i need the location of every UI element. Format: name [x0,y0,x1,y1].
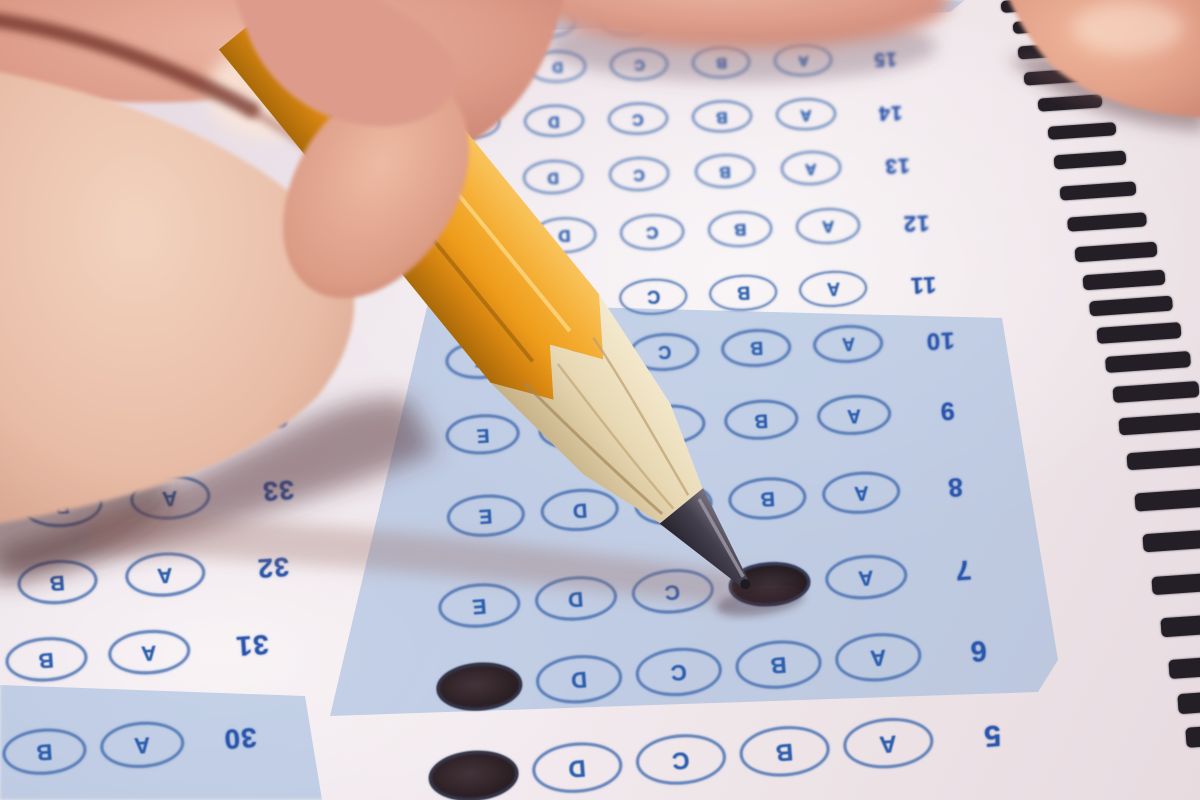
bubble-q13-D: D [522,159,584,195]
question-number-6: 6 [968,633,988,667]
bubble-letter: D [565,347,579,366]
bubble-q16-E: E [440,8,497,40]
bubble-letter: A [134,733,151,756]
bubble-letter: A [141,641,158,663]
bubble-letter: E [462,172,473,188]
bubble-letter: E [472,595,488,617]
bubble-q15-A: A [774,44,832,77]
question-number-12: 12 [902,210,929,237]
bubble-letter: E [470,230,482,247]
question-number-10: 10 [925,325,955,354]
bubble-letter: B [38,648,55,670]
bubble-q15-B: B [692,46,750,79]
bubble-letter: A [879,731,898,756]
bubble-q12-A: A [795,207,860,244]
bubble-letter: C [632,110,644,126]
bubble-letter: A [805,160,817,176]
bubble-letter: A [157,415,173,436]
bubble-q16-A: A [760,0,817,32]
bubble-q14-E: E [440,106,500,140]
bubble-letter: C [646,288,660,307]
timing-mark [1083,270,1166,291]
bubble-letter: E [465,115,476,131]
bubble-q15-D: D [528,50,586,83]
bubble-letter: B [716,108,728,124]
bubble-q16-C: C [600,4,657,36]
bubble-letter: B [49,571,66,593]
bubble-q16-D: D [520,6,577,38]
bubble-q11-B: B [709,273,778,313]
timing-mark [1060,181,1137,200]
bubble-q33-A: A [129,473,212,522]
timing-mark [1105,351,1191,373]
timing-mark [1067,212,1147,231]
timing-mark [1119,413,1200,436]
question-number-7: 7 [954,553,973,586]
bubble-q32-A: A [124,550,207,599]
bubble-letter: C [633,166,645,182]
finger-crease [0,20,252,110]
bubble-letter: E [467,295,480,314]
bubble-letter: B [760,488,776,509]
bubble-letter: B [719,163,731,179]
bubble-letter: E [463,17,473,32]
bubble-letter: A [841,335,855,354]
bubble-letter: B [736,284,750,303]
question-number-32: 32 [256,550,290,583]
bubble-letter: D [572,500,588,521]
question-number-14: 14 [878,100,903,124]
bubble-q15-E: E [446,52,504,85]
bubble-letter: B [734,220,747,237]
bubble-q14-C: C [608,102,668,136]
bubble-q5-E: E [427,748,520,800]
bubble-q32-B: B [16,557,99,606]
bubble-letter: D [547,169,559,185]
timing-mark [1160,615,1200,638]
question-number-11: 11 [909,271,936,299]
bubble-letter: A [162,487,179,509]
bubble-letter: D [568,755,587,780]
timing-mark [1151,573,1200,595]
timing-mark [1089,296,1173,317]
finger-top-right [1005,0,1200,118]
bubble-q12-E: E [444,220,509,257]
bubble-letter: D [558,227,571,244]
bubble-letter: E [479,505,494,526]
bubble-q13-C: C [608,156,670,192]
bubble-letter: B [754,410,769,430]
timing-mark [1127,448,1200,471]
bubble-q33-B: B [21,480,104,529]
bubble-q12-C: C [620,214,685,251]
finger-crease-2 [250,110,350,185]
bubble-letter: C [646,224,659,241]
finger-over-pencil-top [225,0,456,126]
bubble-q13-A: A [780,150,842,186]
bubble-q15-C: C [610,48,668,81]
bubble-letter: C [657,343,671,362]
bubble-q34-B: B [19,409,98,456]
timing-mark [1048,122,1117,140]
bubble-q5-B: B [738,723,831,779]
bubble-letter: E [470,61,480,76]
bubble-letter: A [853,482,869,503]
question-number-5: 5 [982,717,1002,752]
bubble-q13-E: E [436,162,498,198]
bubble-letter: A [800,106,812,122]
question-number-34: 34 [255,401,288,434]
question-number-16: 16 [856,3,880,26]
bubble-letter: A [822,217,835,234]
timing-mark [1013,18,1070,34]
bubble-letter: A [826,280,840,299]
bubble-letter: C [666,494,682,515]
timing-mark [1001,0,1058,13]
bubble-letter: C [622,13,633,28]
bubble-letter: D [570,668,587,691]
bubble-letter: A [847,405,862,425]
bubble-q5-C: C [634,731,727,787]
bubble-q34-A: A [126,402,205,449]
question-number-30: 30 [222,721,257,755]
bubble-q16-B: B [680,2,737,34]
bubble-letter: C [670,660,687,683]
photo-answer-sheet-scene: 16ABCDE15ABCDE14ABCDE13ABCDE12ABCDE11ABC… [0,0,1200,800]
question-number-31: 31 [234,628,269,662]
bubble-letter: D [568,587,585,609]
bubble-letter: C [664,580,681,602]
question-number-13: 13 [884,153,910,178]
bubble-letter: A [157,564,174,586]
bubble-letter: B [775,739,794,764]
bubble-letter: B [715,55,726,70]
timing-mark [1024,68,1085,85]
bubble-q5-D: D [531,740,624,796]
question-number-9: 9 [939,395,955,425]
bubble-q14-A: A [776,97,836,131]
bubble-q12-D: D [532,217,597,254]
bubble-letter: A [858,566,875,588]
timing-mark [1038,94,1103,111]
bubble-letter: B [54,494,71,516]
bubble-letter: E [476,425,490,445]
bubble-letter: D [542,15,553,30]
timing-mark [1054,151,1127,170]
timing-mark [1168,657,1200,679]
bubble-q14-B: B [692,99,752,133]
knuckle-highlight [206,46,330,138]
bubble-q31-A: A [107,627,192,677]
timing-mark [1097,322,1182,344]
bubble-letter: A [870,646,887,669]
bubble-letter: B [770,653,787,676]
bubble-q12-B: B [708,210,773,247]
timing-mark [1018,42,1077,59]
bubble-letter: C [661,415,676,435]
bubble-letter: B [51,422,67,443]
bubble-q13-B: B [694,153,756,189]
bubble-letter: A [797,53,808,68]
bubble-q14-D: D [524,104,584,138]
bubble-letter: B [36,740,53,763]
bubble-letter: E [474,351,487,370]
bubble-letter: D [548,113,560,129]
bubble-letter: D [556,291,570,310]
bubble-letter: B [749,339,763,358]
question-number-15: 15 [873,47,897,70]
timing-mark [1134,488,1200,511]
hand-palm-thumb [0,70,354,525]
bubble-q31-B: B [4,634,89,684]
timing-mark [1177,692,1200,714]
bubble-letter: C [671,747,690,772]
timing-mark [1075,242,1158,263]
bubble-letter: B [702,11,713,26]
bubble-q5-A: A [842,715,935,771]
bubble-letter: A [782,8,793,23]
timing-mark [1185,726,1200,748]
bubble-letter: C [633,57,644,72]
question-number-8: 8 [946,471,963,503]
bubble-q11-A: A [799,269,868,309]
timing-mark [1142,530,1200,553]
bubble-letter: D [551,59,562,74]
timing-mark [1113,381,1200,403]
bubble-letter: D [568,420,583,440]
question-number-33: 33 [261,473,295,506]
